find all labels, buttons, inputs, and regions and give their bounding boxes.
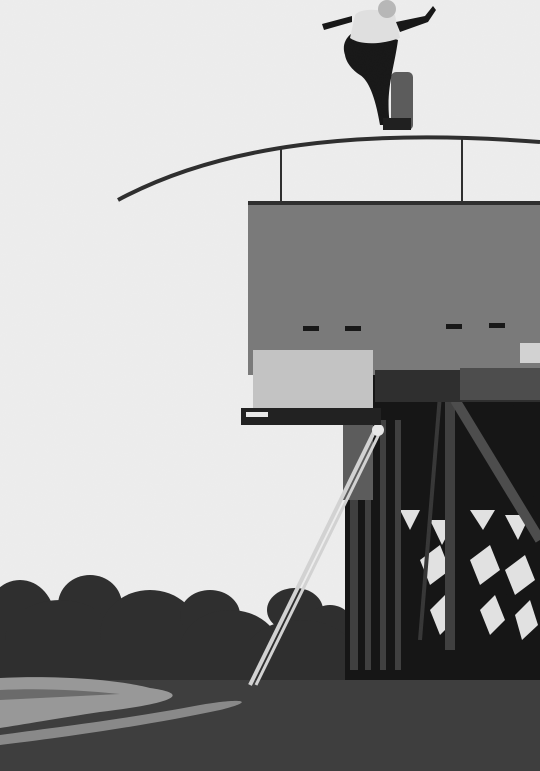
photo xyxy=(0,0,540,771)
photo-canvas xyxy=(0,0,540,771)
film-grain xyxy=(0,0,540,771)
